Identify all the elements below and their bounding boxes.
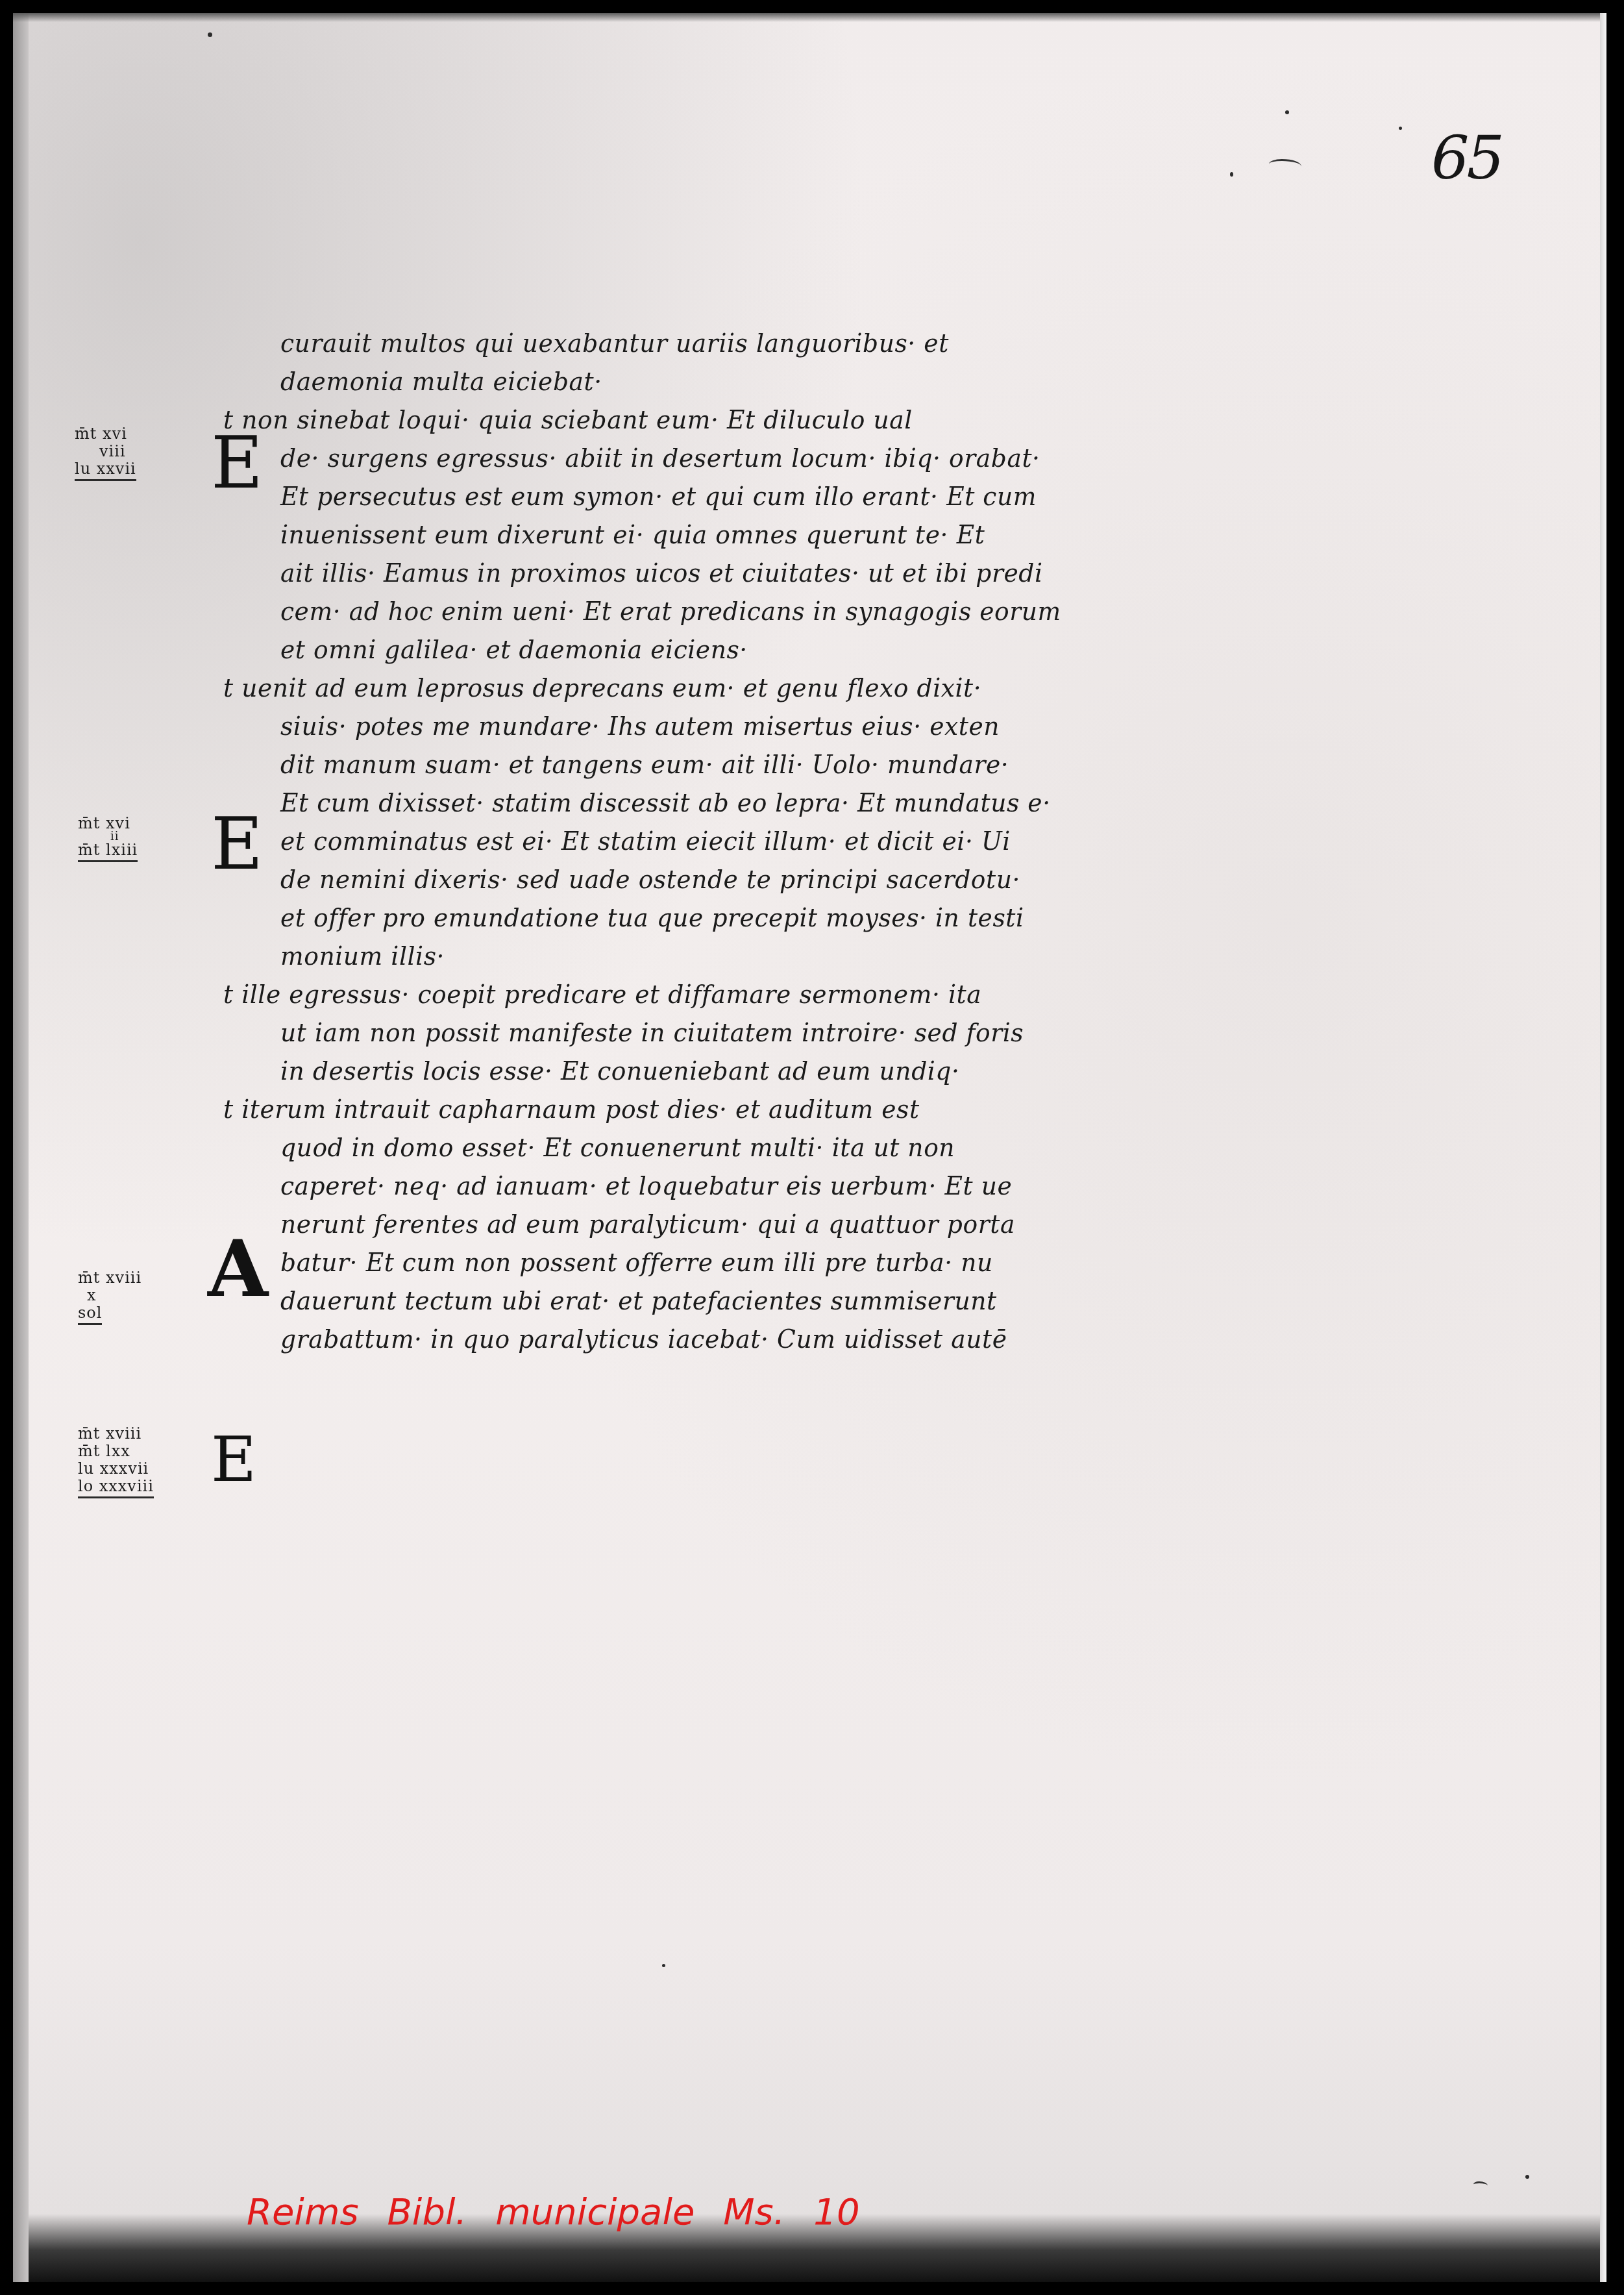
text-line: cem· ad hoc enim ueni· Et erat predicans… — [280, 593, 1196, 631]
library-shelfmark: Reims Bibl. municipale Ms. 10 — [247, 2191, 860, 2233]
text-line: caperet· neq· ad ianuam· et loquebatur e… — [280, 1167, 1196, 1206]
margin-note-line: x — [78, 1287, 141, 1304]
main-text-block: curauit multos qui uexabantur uariis lan… — [280, 325, 1254, 1359]
text-line: t ille egressus· coepit predicare et dif… — [223, 976, 1138, 1014]
margin-note-1: m̄t xvi viii lu xxvii — [75, 425, 136, 481]
stray-pen-mark — [1269, 159, 1301, 171]
margin-note-line: m̄t xvi — [78, 815, 138, 832]
text-line: t uenit ad eum leprosus deprecans eum· e… — [223, 669, 1138, 708]
binding-shadow — [13, 13, 29, 2282]
margin-note-line: m̄t lxx — [78, 1443, 154, 1460]
initial-E: E — [211, 1428, 256, 1491]
speck — [1230, 172, 1233, 177]
text-line: curauit multos qui uexabantur uariis lan… — [280, 325, 1196, 363]
margin-note-line: lo xxxviii — [78, 1478, 154, 1498]
text-line: grabattum· in quo paralyticus iacebat· C… — [280, 1321, 1196, 1359]
margin-note-2: m̄t xvi ii m̄t lxiii — [78, 815, 138, 862]
text-line: batur· Et cum non possent offerre eum il… — [280, 1244, 1196, 1282]
speck — [1525, 2175, 1529, 2179]
margin-note-line: m̄t lxiii — [78, 841, 138, 862]
text-line: siuis· potes me mundare· Ihs autem miser… — [280, 708, 1196, 746]
margin-note-line: m̄t xvi — [75, 425, 136, 443]
text-line: quod in domo esset· Et conuenerunt multi… — [280, 1129, 1196, 1167]
speck — [208, 32, 212, 37]
margin-note-line: lu xxvii — [75, 460, 136, 481]
text-line: Et cum dixisset· statim discessit ab eo … — [280, 784, 1196, 823]
text-line: t non sinebat loqui· quia sciebant eum· … — [223, 401, 1138, 440]
initial-A: A — [208, 1230, 268, 1308]
margin-note-4: m̄t xviii m̄t lxx lu xxxvii lo xxxviii — [78, 1425, 154, 1498]
text-line: daemonia multa eiciebat· — [280, 363, 1196, 401]
text-line: et comminatus est ei· Et statim eiecit i… — [280, 823, 1196, 861]
text-line: nerunt ferentes ad eum paralyticum· qui … — [280, 1206, 1196, 1244]
text-line: in desertis locis esse· Et conueniebant … — [280, 1052, 1196, 1091]
top-edge-shadow — [13, 13, 1606, 22]
speck — [662, 1964, 665, 1967]
stray-pen-mark — [1473, 2181, 1488, 2189]
manuscript-page: 65 m̄t xvi viii lu xxvii m̄t xvi ii m̄t … — [13, 13, 1606, 2282]
margin-note-line: viii — [75, 443, 136, 460]
text-line: et offer pro emundatione tua que precepi… — [280, 899, 1196, 937]
right-page-edge — [1600, 13, 1606, 2282]
text-line: et omni galilea· et daemonia eiciens· — [280, 631, 1196, 669]
margin-note-line: m̄t xviii — [78, 1269, 141, 1287]
text-line: dit manum suam· et tangens eum· ait illi… — [280, 746, 1196, 784]
speck — [1285, 110, 1289, 114]
margin-note-3: m̄t xviii x sol — [78, 1269, 141, 1325]
text-line: ut iam non possit manifeste in ciuitatem… — [280, 1014, 1196, 1052]
text-line: inuenissent eum dixerunt ei· quia omnes … — [280, 516, 1196, 554]
speck — [1399, 127, 1402, 130]
margin-note-line: sol — [78, 1304, 102, 1325]
margin-note-line: lu xxxvii — [78, 1460, 154, 1478]
initial-E: E — [211, 808, 263, 880]
text-line: ait illis· Eamus in proximos uicos et ci… — [280, 554, 1196, 593]
text-line: de· surgens egressus· abiit in desertum … — [280, 440, 1196, 478]
margin-note-line: m̄t xviii — [78, 1425, 154, 1443]
folio-number: 65 — [1431, 123, 1502, 193]
text-line: monium illis· — [280, 937, 1196, 976]
margin-note-line: ii — [78, 832, 138, 841]
text-line: dauerunt tectum ubi erat· et patefacient… — [280, 1282, 1196, 1321]
text-line: Et persecutus est eum symon· et qui cum … — [280, 478, 1196, 516]
text-line: de nemini dixeris· sed uade ostende te p… — [280, 861, 1196, 899]
text-line: t iterum intrauit capharnaum post dies· … — [223, 1091, 1138, 1129]
